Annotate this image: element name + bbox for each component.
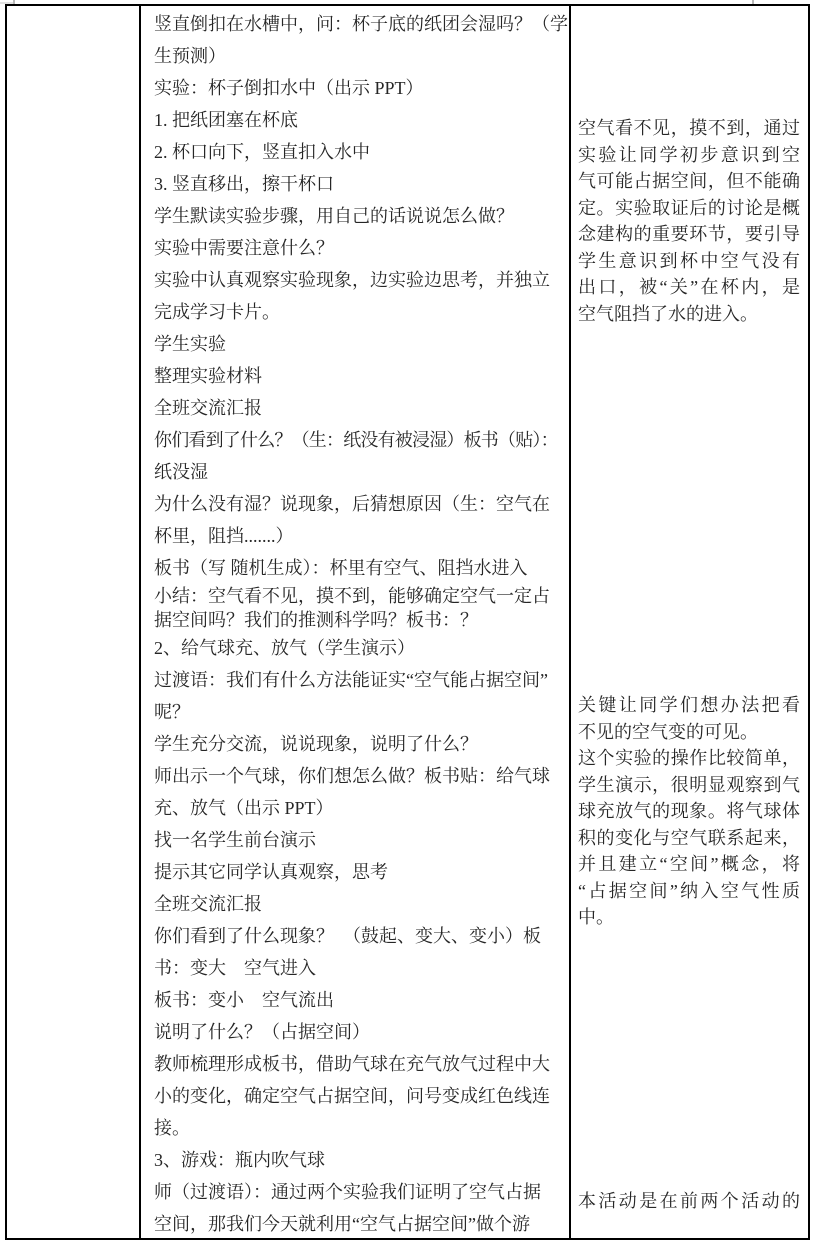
lesson-line: 你们看到了什么？（生：纸没有被浸湿）板书（贴）： (154, 424, 563, 456)
lesson-line: 小结：空气看不见，摸不到，能够确定空气一定占 (154, 584, 563, 608)
lesson-line: 实验：杯子倒扣水中（出示 PPT） (154, 72, 563, 104)
note-line: 本活动是在前两个活动的 (578, 1188, 800, 1215)
lesson-line: 找一名学生前台演示 (154, 824, 563, 856)
teacher-notes-cell: 空气看不见，摸不到，通过 实验让同学初步意识到空 气可能占据空间，但不能确 定。… (571, 4, 810, 1238)
lesson-line: 竖直倒扣在水槽中，问：杯子底的纸团会湿吗？（学 (154, 8, 563, 40)
lesson-line: 完成学习卡片。 (154, 296, 563, 328)
lesson-line-activity-3-heading: 3、游戏：瓶内吹气球 (154, 1144, 563, 1176)
lesson-line: 为什么没有湿？说现象，后猜想原因（生：空气在 (154, 488, 563, 520)
lesson-plan-page: 竖直倒扣在水槽中，问：杯子底的纸团会湿吗？（学 生预测） 实验：杯子倒扣水中（出… (0, 0, 815, 1244)
lesson-line-step-3: 3. 竖直移出，擦干杯口 (154, 168, 563, 200)
note-line: 定。实验取证后的讨论是概 (578, 195, 800, 222)
lesson-line: 过渡语：我们有什么方法能证实“空气能占据空间” (154, 664, 563, 696)
lesson-line: 学生默读实验步骤，用自己的话说说怎么做？ (154, 200, 563, 232)
note-line: 关键让同学们想办法把看 (578, 692, 800, 719)
note-line: 积的变化与空气联系起来， (578, 825, 800, 852)
note-line: 学生意识到杯中空气没有 (578, 248, 800, 275)
lesson-line: 空间，那我们今天就利用“空气占据空间”做个游 (154, 1208, 563, 1240)
lesson-line: 杯里，阻挡.......） (154, 520, 563, 552)
teacher-note-activity-2: 关键让同学们想办法把看 不见的空气变的可见。 这个实验的操作比较简单， 学生演示… (578, 692, 800, 931)
lesson-line: 整理实验材料 (154, 360, 563, 392)
note-line: 球充放气的现象。将气球体 (578, 798, 800, 825)
lesson-line: 教师梳理形成板书，借助气球在充气放气过程中大 (154, 1048, 563, 1080)
lesson-line: 板书：变小 空气流出 (154, 984, 563, 1016)
lesson-line: 书：变大 空气进入 (154, 952, 563, 984)
lesson-line: 师（过渡语）：通过两个实验我们证明了空气占据 (154, 1176, 563, 1208)
note-line: 不见的空气变的可见。 (578, 719, 800, 746)
lesson-line: 实验中需要注意什么？ (154, 232, 563, 264)
note-line: 并且建立“空间”概念，将 (578, 851, 800, 878)
lesson-line: 充、放气（出示 PPT） (154, 792, 563, 824)
lesson-line-step-1: 1. 把纸团塞在杯底 (154, 104, 563, 136)
note-line: 空气看不见，摸不到，通过 (578, 115, 800, 142)
note-line: 出口，被“关”在杯内，是 (578, 274, 800, 301)
teacher-note-activity-1: 空气看不见，摸不到，通过 实验让同学初步意识到空 气可能占据空间，但不能确 定。… (578, 115, 800, 327)
lesson-line: 提示其它同学认真观察，思考 (154, 856, 563, 888)
lesson-line-step-2: 2. 杯口向下，竖直扣入水中 (154, 136, 563, 168)
lesson-line-activity-2-heading: 2、给气球充、放气（学生演示） (154, 632, 563, 664)
note-line: 念建构的重要环节，要引导 (578, 221, 800, 248)
lesson-line: 你们看到了什么现象？ （鼓起、变大、变小）板 (154, 920, 563, 952)
lesson-line: 据空间吗？我们的推测科学吗？板书：？ (154, 608, 563, 632)
lesson-line: 师出示一个气球，你们想怎么做？板书贴：给气球 (154, 760, 563, 792)
note-line: 空气阻挡了水的进入。 (578, 301, 800, 328)
note-line: 这个实验的操作比较简单， (578, 745, 800, 772)
lesson-line: 生预测） (154, 40, 563, 72)
stage-column-cell (7, 6, 137, 1236)
lesson-line: 学生充分交流，说说现象，说明了什么？ (154, 728, 563, 760)
note-line: 学生演示，很明显观察到气 (578, 772, 800, 799)
lesson-content-cell: 竖直倒扣在水槽中，问：杯子底的纸团会湿吗？（学 生预测） 实验：杯子倒扣水中（出… (141, 4, 569, 1238)
lesson-line: 纸没湿 (154, 456, 563, 488)
lesson-line: 全班交流汇报 (154, 392, 563, 424)
lesson-line: 小的变化，确定空气占据空间，问号变成红色线连 (154, 1080, 563, 1112)
note-line: “占据空间”纳入空气性质 (578, 878, 800, 905)
lesson-line: 说明了什么？（占据空间） (154, 1016, 563, 1048)
lesson-line: 实验中认真观察实验现象，边实验边思考，并独立 (154, 264, 563, 296)
teacher-note-activity-3: 本活动是在前两个活动的 (578, 1188, 800, 1215)
note-line: 气可能占据空间，但不能确 (578, 168, 800, 195)
lesson-line: 学生实验 (154, 328, 563, 360)
lesson-line: 板书（写 随机生成）：杯里有空气、阻挡水进入 (154, 552, 563, 584)
note-line: 中。 (578, 904, 800, 931)
lesson-line: 接。 (154, 1112, 563, 1144)
lesson-line: 呢？ (154, 696, 563, 728)
lesson-line: 全班交流汇报 (154, 888, 563, 920)
note-line: 实验让同学初步意识到空 (578, 142, 800, 169)
